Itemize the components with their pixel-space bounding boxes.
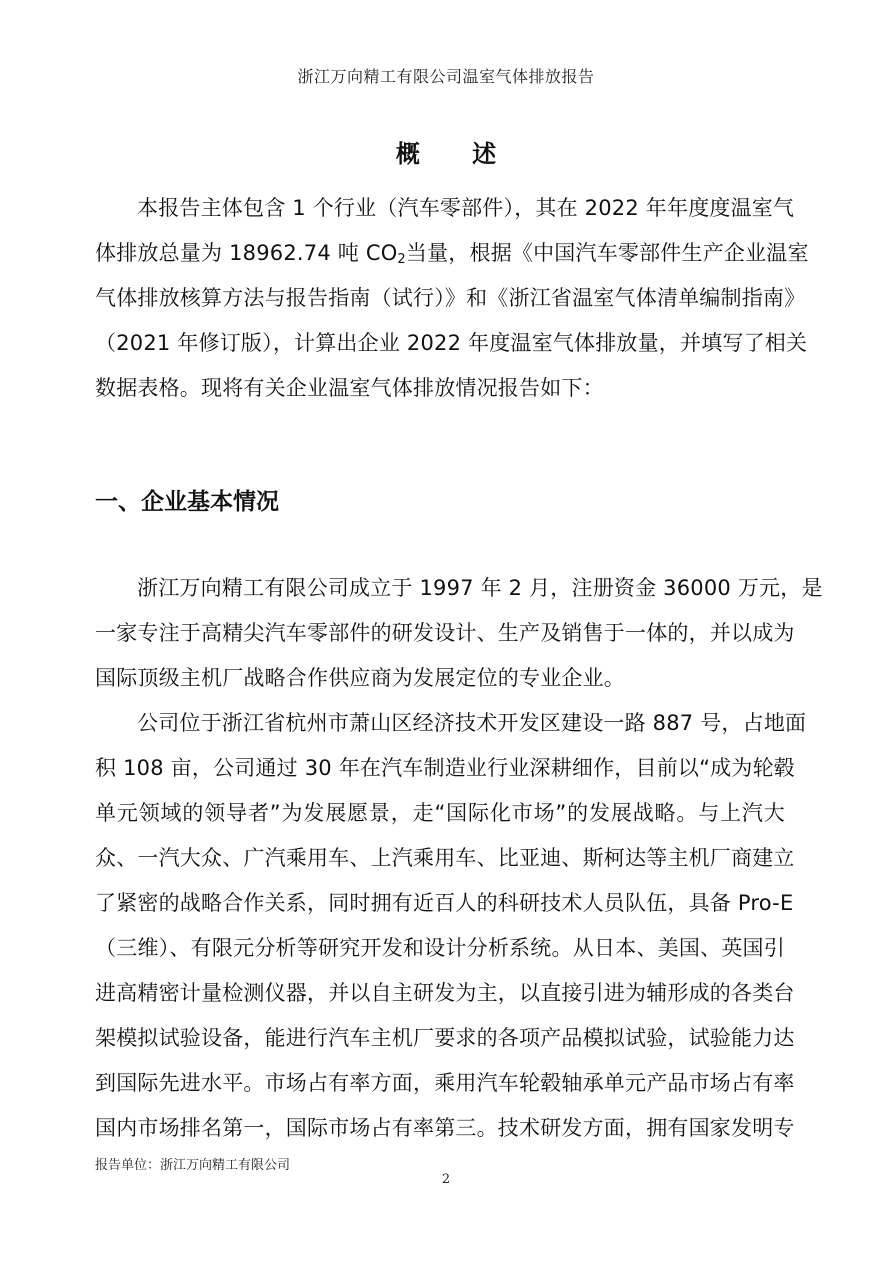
company-detail-paragraph: 公司位于浙江省杭州市萧山区经济技术开发区建设一路 887 号，占地面 积 108… [95, 701, 785, 1151]
text-line: 国内市场排名第一，国际市场占有率第三。技术研发方面，拥有国家发明专 [95, 1106, 785, 1151]
page-number: 2 [0, 1172, 892, 1187]
report-unit-footer: 报告单位：浙江万向精工有限公司 [95, 1154, 290, 1173]
text-line: 公司位于浙江省杭州市萧山区经济技术开发区建设一路 887 号，占地面 [95, 701, 785, 746]
text-line: 了紧密的战略合作关系，同时拥有近百人的科研技术人员队伍，具备 Pro-E [95, 881, 785, 926]
text-line: 众、一汽大众、广汽乘用车、上汽乘用车、比亚迪、斯柯达等主机厂商建立 [95, 836, 785, 881]
text-line: 到国际先进水平。市场占有率方面，乘用汽车轮毂轴承单元产品市场占有率 [95, 1061, 785, 1106]
section-heading: 一、企业基本情况 [95, 483, 279, 516]
text-line: 数据表格。现将有关企业温室气体排放情况报告如下： [95, 366, 785, 411]
text-line: 本报告主体包含 1 个行业（汽车零部件），其在 2022 年年度度温室气 [95, 186, 785, 231]
text-line: 浙江万向精工有限公司成立于 1997 年 2 月，注册资金 36000 万元，是 [95, 566, 785, 611]
running-header: 浙江万向精工有限公司温室气体排放报告 [0, 64, 892, 87]
text-line: 国际顶级主机厂战略合作供应商为发展定位的专业企业。 [95, 656, 785, 701]
text-line: 积 108 亩，公司通过 30 年在汽车制造业行业深耕细作，目前以“成为轮毂 [95, 746, 785, 791]
text-line: 单元领域的领导者”为发展愿景，走“国际化市场”的发展战略。与上汽大 [95, 791, 785, 836]
text-line: 气体排放核算方法与报告指南（试行）》和《浙江省温室气体清单编制指南》 [95, 276, 785, 321]
text-line: （2021 年修订版），计算出企业 2022 年度温室气体排放量，并填写了相关 [95, 321, 785, 366]
text-line: （三维）、有限元分析等研究开发和设计分析系统。从日本、美国、英国引 [95, 926, 785, 971]
text-line: 一家专注于高精尖汽车零部件的研发设计、生产及销售于一体的，并以成为 [95, 611, 785, 656]
text-line: 架模拟试验设备，能进行汽车主机厂要求的各项产品模拟试验，试验能力达 [95, 1016, 785, 1061]
text-line: 体排放总量为 18962.74 吨 CO2当量，根据《中国汽车零部件生产企业温室 [95, 231, 785, 276]
company-intro-paragraph: 浙江万向精工有限公司成立于 1997 年 2 月，注册资金 36000 万元，是… [95, 566, 785, 701]
text-line: 进高精密计量检测仪器，并以自主研发为主，以直接引进为辅形成的各类台 [95, 971, 785, 1016]
overview-title: 概 述 [0, 134, 892, 169]
overview-paragraph: 本报告主体包含 1 个行业（汽车零部件），其在 2022 年年度度温室气 体排放… [95, 186, 785, 411]
